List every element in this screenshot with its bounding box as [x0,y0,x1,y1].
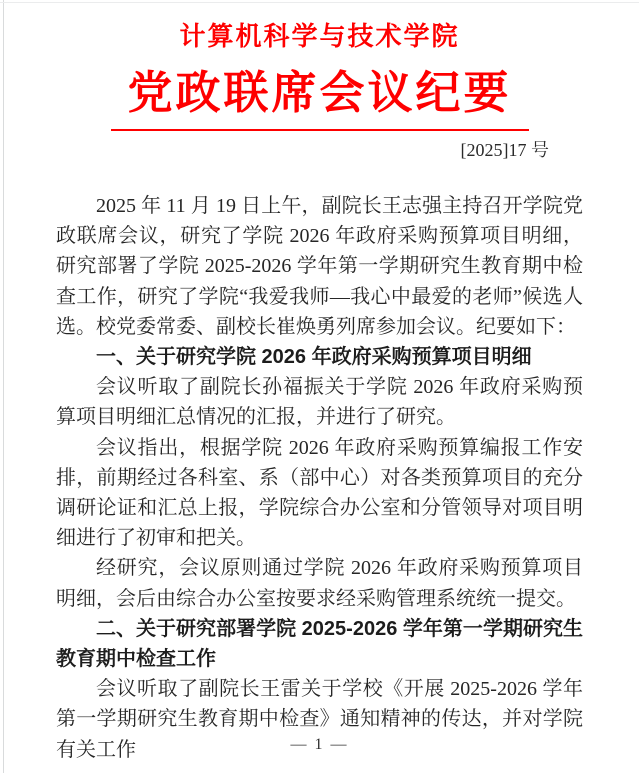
section-1-heading: 一、关于研究学院 2026 年政府采购预算项目明细 [56,342,583,372]
section-1-paragraph-1: 会议听取了副院长孙福振关于学院 2026 年政府采购预算项目明细汇总情况的汇报，… [56,372,583,432]
document-number: [2025]17 号 [0,139,639,161]
document-page: 计算机科学与技术学院 党政联席会议纪要 [2025]17 号 2025 年 11… [0,0,639,773]
organization-name: 计算机科学与技术学院 [0,0,639,51]
intro-paragraph: 2025 年 11 月 19 日上午，副院长王志强主持召开学院党政联席会议，研究… [56,191,583,342]
scan-edge-top-line [0,2,639,3]
section-1-paragraph-2: 会议指出，根据学院 2026 年政府采购预算编报工作安排，前期经过各科室、系（部… [56,433,583,554]
section-1-paragraph-3: 经研究，会议原则通过学院 2026 年政府采购预算项目明细，会后由综合办公室按要… [56,553,583,613]
page-number: — 1 — [0,736,639,754]
scan-edge-left-line [3,0,4,773]
document-title: 党政联席会议纪要 [0,67,639,119]
section-2-heading: 二、关于研究部署学院 2025-2026 学年第一学期研究生教育期中检查工作 [56,614,583,674]
document-body: 2025 年 11 月 19 日上午，副院长王志强主持召开学院党政联席会议，研究… [56,191,583,765]
title-underline-rule [111,129,529,131]
